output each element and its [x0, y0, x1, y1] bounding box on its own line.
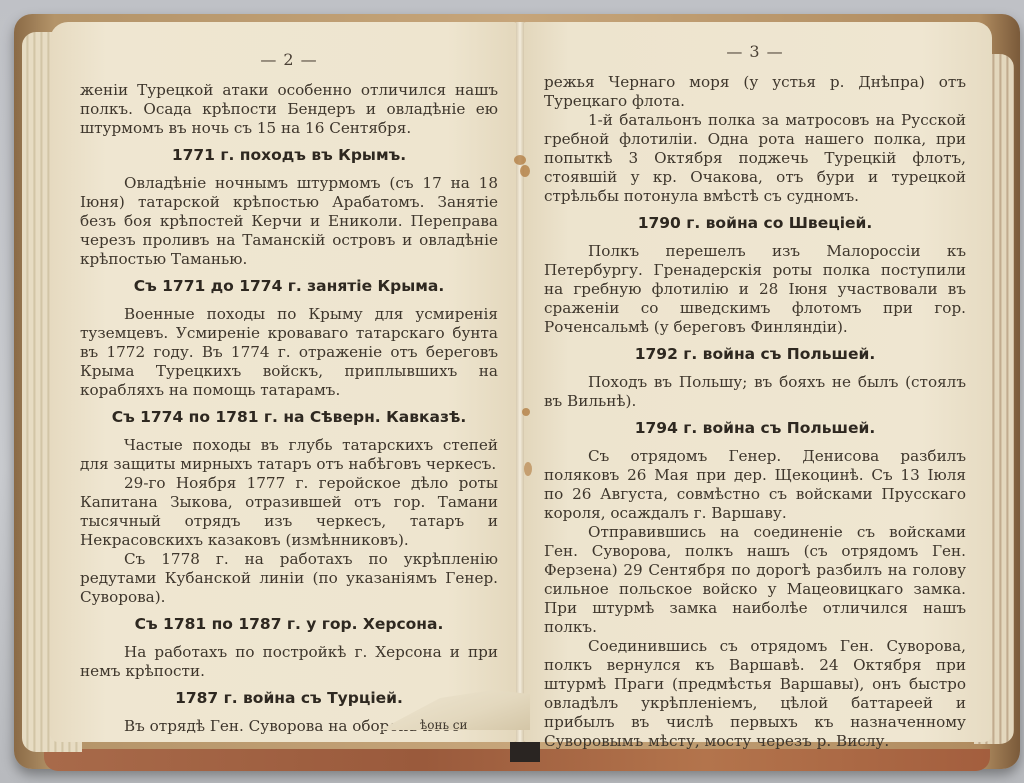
paragraph: Военные походы по Крыму для усмиренія ту… — [80, 305, 498, 400]
spine-shadow — [510, 742, 540, 762]
stain-mark — [524, 462, 532, 476]
book-spine — [516, 22, 524, 742]
left-page-content: — 2 — женіи Турецкой атаки особенно отли… — [80, 50, 498, 736]
section-heading: 1790 г. война со Швеціей. — [544, 214, 966, 232]
section-heading: Съ 1774 по 1781 г. на Сѣверн. Кавказѣ. — [80, 408, 498, 426]
section-heading: Съ 1771 до 1774 г. занятіе Крыма. — [80, 277, 498, 295]
paragraph: Частые походы въ глубь татарскихъ степей… — [80, 436, 498, 474]
paragraph: Походъ въ Польшу; въ бояхъ не былъ (стоя… — [544, 373, 966, 411]
page-number: — 3 — — [544, 42, 966, 61]
paragraph: Соединившись съ отрядомъ Ген. Суворова, … — [544, 637, 966, 751]
paragraph: Съ 1778 г. на работахъ по укрѣпленію ред… — [80, 550, 498, 607]
left-page: — 2 — женіи Турецкой атаки особенно отли… — [50, 22, 518, 742]
stain-mark — [514, 155, 526, 165]
paragraph: Полкъ перешелъ изъ Малороссіи къ Петербу… — [544, 242, 966, 337]
paragraph: 29-го Ноября 1777 г. геройское дѣло роты… — [80, 474, 498, 550]
right-page-content: — 3 — режья Чернаго моря (у устья р. Днѣ… — [544, 42, 966, 751]
section-heading: 1792 г. война съ Польшей. — [544, 345, 966, 363]
paragraph: На работахъ по постройкѣ г. Херсона и пр… — [80, 643, 498, 681]
paragraph: женіи Турецкой атаки особенно отличился … — [80, 81, 498, 138]
section-heading: 1771 г. походъ въ Крымъ. — [80, 146, 498, 164]
stain-mark — [522, 408, 530, 416]
page-number: — 2 — — [80, 50, 498, 69]
paragraph: Овладѣніе ночнымъ штурмомъ (съ 17 на 18 … — [80, 174, 498, 269]
paragraph: режья Чернаго моря (у устья р. Днѣпра) о… — [544, 73, 966, 111]
paragraph: Отправившись на соединеніе съ войсками Г… — [544, 523, 966, 637]
paragraph: Съ отрядомъ Генер. Денисова разбилъ поля… — [544, 447, 966, 523]
stain-mark — [520, 165, 530, 177]
right-page: — 3 — режья Чернаго моря (у устья р. Днѣ… — [522, 22, 992, 742]
paragraph: 1-й батальонъ полка за матросовъ на Русс… — [544, 111, 966, 206]
section-heading: 1794 г. война съ Польшей. — [544, 419, 966, 437]
folded-corner-text: ѣонь си — [420, 718, 468, 732]
section-heading: Съ 1781 по 1787 г. у гор. Херсона. — [80, 615, 498, 633]
